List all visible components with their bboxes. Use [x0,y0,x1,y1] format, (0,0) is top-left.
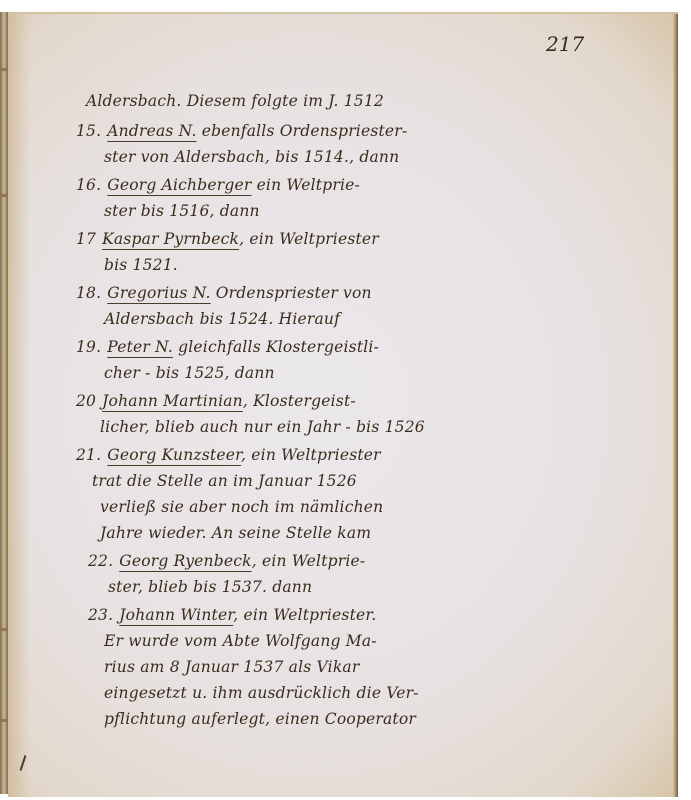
line-text: ster, blieb bis 1537. dann [108,578,312,596]
entry-number: 23. [88,606,113,624]
text-line: pflichtung auferlegt, einen Cooperator [104,710,416,728]
entry-line: 23.Johann Winter, ein Weltpriester. [88,606,376,624]
text-line: cher - bis 1525, dann [104,364,275,382]
entry-number: 15. [76,122,101,140]
line-text: Aldersbach bis 1524. Hierauf [104,310,340,328]
entry-number: 18. [76,284,101,302]
text-line: trat die Stelle an im Januar 1526 [92,472,357,490]
line-text: cher - bis 1525, dann [104,364,275,382]
entry-name: Georg Kunzsteer [107,446,241,464]
text-line: eingesetzt u. ihm ausdrücklich die Ver- [104,684,419,702]
text-line: ster bis 1516, dann [104,202,260,220]
line-text: Aldersbach. Diesem folgte im J. 1512 [86,92,384,110]
entry-line: 19.Peter N. gleichfalls Klostergeistli- [76,338,379,356]
entry-line: 22.Georg Ryenbeck, ein Weltprie- [88,552,365,570]
line-text: rius am 8 Januar 1537 als Vikar [104,658,359,676]
line-text: , ein Weltpriester [241,446,381,464]
line-text: , ein Weltprie- [252,552,366,570]
folio-number: 217 [546,32,584,56]
page-edge [673,14,678,797]
text-line: Er wurde vom Abte Wolfgang Ma- [104,632,377,650]
line-text: gleichfalls Klostergeistli- [173,338,379,356]
line-text: , ein Weltpriester. [233,606,376,624]
line-text: Er wurde vom Abte Wolfgang Ma- [104,632,377,650]
entry-line: 21.Georg Kunzsteer, ein Weltpriester [76,446,381,464]
page-gutter-shadow [8,14,30,797]
entry-number: 20 [76,392,96,410]
entry-name: Andreas N. [107,122,196,140]
line-text: verließ sie aber noch im nämlichen [100,498,383,516]
entry-line: 18.Gregorius N. Ordenspriester von [76,284,372,302]
entry-name: Johann Winter [119,606,233,624]
entry-number: 16. [76,176,101,194]
entry-number: 17 [76,230,96,248]
text-line: ster von Aldersbach, bis 1514., dann [104,148,399,166]
entry-name: Gregorius N. [107,284,210,302]
text-line: rius am 8 Januar 1537 als Vikar [104,658,359,676]
entry-name: Georg Aichberger [107,176,251,194]
entry-line: 17Kaspar Pyrnbeck, ein Weltpriester [76,230,379,248]
text-line: Jahre wieder. An seine Stelle kam [100,524,371,542]
line-text: ster von Aldersbach, bis 1514., dann [104,148,399,166]
line-text: , Klostergeist- [243,392,356,410]
line-text: ein Weltprie- [251,176,360,194]
text-line: Aldersbach. Diesem folgte im J. 1512 [86,92,384,110]
line-text: , ein Weltpriester [239,230,379,248]
line-text: pflichtung auferlegt, einen Cooperator [104,710,416,728]
text-line: Aldersbach bis 1524. Hierauf [104,310,340,328]
line-text: trat die Stelle an im Januar 1526 [92,472,357,490]
line-text: ster bis 1516, dann [104,202,260,220]
entry-number: 19. [76,338,101,356]
text-line: bis 1521. [104,256,178,274]
line-text: licher, blieb auch nur ein Jahr - bis 15… [100,418,425,436]
entry-name: Kaspar Pyrnbeck [102,230,239,248]
text-line: verließ sie aber noch im nämlichen [100,498,383,516]
entry-line: 15.Andreas N. ebenfalls Ordenspriester- [76,122,407,140]
line-text: bis 1521. [104,256,178,274]
text-line: licher, blieb auch nur ein Jahr - bis 15… [100,418,425,436]
entry-line: 20Johann Martinian, Klostergeist- [76,392,356,410]
line-text: eingesetzt u. ihm ausdrücklich die Ver- [104,684,419,702]
entry-name: Peter N. [107,338,173,356]
line-text: Ordenspriester von [211,284,372,302]
entry-number: 21. [76,446,101,464]
entry-name: Johann Martinian [102,392,243,410]
line-text: ebenfalls Ordenspriester- [197,122,408,140]
entry-line: 16.Georg Aichberger ein Weltprie- [76,176,360,194]
text-line: ster, blieb bis 1537. dann [108,578,312,596]
entry-name: Georg Ryenbeck [119,552,251,570]
line-text: Jahre wieder. An seine Stelle kam [100,524,371,542]
entry-number: 22. [88,552,113,570]
